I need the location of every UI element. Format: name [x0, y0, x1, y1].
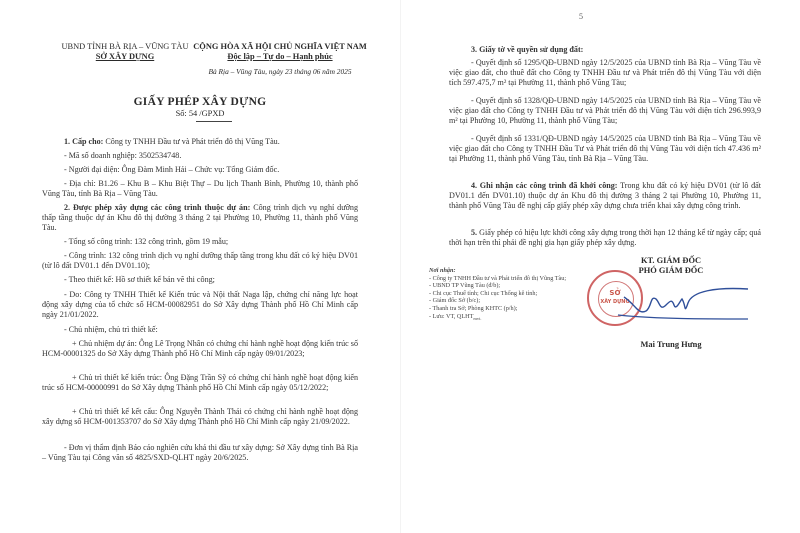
page-number: 5 — [561, 12, 601, 21]
permit-number: Số: 54 /GPXD — [100, 109, 300, 119]
tax-code: - Mã số doanh nghiệp: 3502534748. — [42, 151, 358, 161]
signatory-name: Mai Trung Hưng — [611, 340, 731, 350]
design-leads-heading: - Chủ nhiệm, chủ trì thiết kế: — [42, 325, 358, 335]
works-description: - Công trình: 132 công trình dịch vụ ngh… — [42, 251, 358, 271]
section-5: 5. Giấy phép có hiệu lực khởi công xây d… — [449, 228, 761, 248]
title-underline — [196, 121, 232, 122]
recipients-heading: Nơi nhận: — [429, 267, 569, 275]
signature-title-1: KT. GIÁM ĐỐC — [611, 256, 731, 266]
national-motto: Độc lập – Tự do – Hạnh phúc — [190, 52, 370, 62]
recipient-item: - Lưu: VT, QLHTmvt. — [429, 313, 569, 323]
design-lead-1: + Chủ nhiệm dự án: Ông Lê Trọng Nhân có … — [42, 339, 358, 359]
total-works: - Tổng số công trình: 132 công trình, gồ… — [42, 237, 358, 247]
document-title: GIẤY PHÉP XÂY DỰNG — [100, 96, 300, 108]
land-decision-3: - Quyết định số 1331/QĐ-UBND ngày 14/5/2… — [449, 134, 761, 165]
section-1-heading: 1. Cấp cho: — [64, 137, 103, 146]
section-3-heading: 3. Giấy tờ về quyền sử dụng đất: — [449, 45, 761, 55]
design-basis: - Theo thiết kế: Hồ sơ thiết kế bản vẽ t… — [42, 275, 358, 285]
recipient-item: - UBND TP Vũng Tàu (đ/b); — [429, 282, 569, 290]
recipient-item: - Thanh tra Sở; Phòng KHTC (p/h); — [429, 305, 569, 313]
section-2: 2. Được phép xây dựng các công trình thu… — [42, 203, 358, 234]
address: - Địa chỉ: B1.26 – Khu B – Khu Biệt Thự … — [42, 179, 358, 199]
land-decision-1: - Quyết định số 1295/QĐ-UBND ngày 12/5/2… — [449, 58, 761, 89]
recipient-item: - Chi cục Thuế tỉnh; Chi cục Thống kê tỉ… — [429, 290, 569, 298]
recipient-item: - Giám đốc Sở (b/c); — [429, 297, 569, 305]
section-2-heading: 2. Được phép xây dựng các công trình thu… — [64, 203, 250, 212]
handwritten-signature — [616, 275, 756, 325]
design-company: - Do: Công ty TNHH Thiết kế Kiến trúc và… — [42, 290, 358, 321]
national-title: CỘNG HÒA XÃ HỘI CHỦ NGHĨA VIỆT NAM — [190, 42, 370, 52]
appraisal-unit: - Đơn vị thẩm định Báo cáo nghiên cứu kh… — [42, 443, 358, 463]
design-lead-3: + Chủ trì thiết kế kết cấu: Ông Nguyễn T… — [42, 407, 358, 427]
section-4: 4. Ghi nhận các công trình đã khởi công:… — [449, 181, 761, 212]
land-decision-2: - Quyết định số 1328/QĐ-UBND ngày 14/5/2… — [449, 96, 761, 127]
section-1-text: Công ty TNHH Đầu tư và Phát triển đô thị… — [103, 137, 279, 146]
section-1: 1. Cấp cho: Công ty TNHH Đầu tư và Phát … — [42, 137, 358, 147]
document-page-left: UBND TỈNH BÀ RỊA – VŨNG TÀU SỞ XÂY DỰNG … — [0, 0, 398, 533]
issue-date: Bà Rịa – Vũng Tàu, ngày 23 tháng 06 năm … — [190, 67, 370, 77]
representative: - Người đại diện: Ông Đàm Minh Hải – Chứ… — [42, 165, 358, 175]
section-4-heading: 4. Ghi nhận các công trình đã khởi công: — [471, 181, 618, 190]
national-header: CỘNG HÒA XÃ HỘI CHỦ NGHĨA VIỆT NAM Độc l… — [190, 42, 370, 62]
section-5-text: Giấy phép có hiệu lực khởi công xây dựng… — [449, 228, 761, 247]
recipients: Nơi nhận: - Công ty TNHH Đầu tư và Phát … — [429, 267, 569, 322]
recipient-item: - Công ty TNHH Đầu tư và Phát triển đô t… — [429, 275, 569, 283]
archive-suffix: mvt. — [473, 316, 481, 321]
design-lead-2: + Chủ trì thiết kế kiến trúc: Ông Đặng T… — [42, 373, 358, 393]
document-page-right: 5 3. Giấy tờ về quyền sử dụng đất: - Quy… — [400, 0, 800, 533]
issuer-department: SỞ XÂY DỰNG — [96, 52, 154, 61]
issuer-province: UBND TỈNH BÀ RỊA – VŨNG TÀU — [55, 42, 195, 52]
issuer-header: UBND TỈNH BÀ RỊA – VŨNG TÀU SỞ XÂY DỰNG — [55, 42, 195, 62]
